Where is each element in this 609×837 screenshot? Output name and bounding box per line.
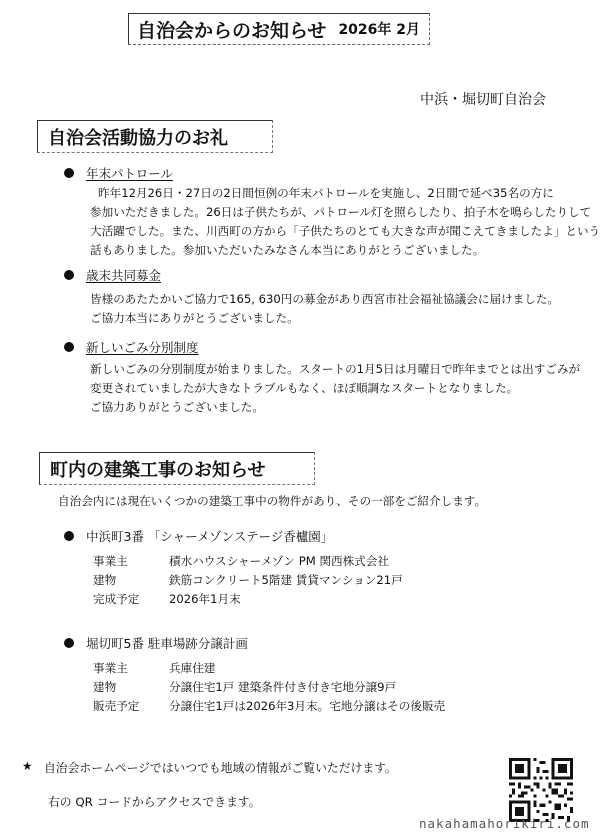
qr-code[interactable] [509, 758, 573, 822]
text-line: ご協力本当にありがとうございました。 [90, 309, 559, 328]
detail-value: 積水ハウスシャーメゾン PM 関西株式会社 [169, 552, 389, 571]
bullet-icon [64, 270, 74, 280]
notice-title: 自治会からのお知らせ [137, 16, 326, 43]
detail-label: 事業主 [93, 552, 169, 571]
detail-row: 事業主 兵庫住建 [93, 659, 445, 678]
text-line: ご協力ありがとうございました。 [90, 398, 580, 417]
text-line: 皆様のあたたかいご協力で165, 630円の募金があり西宮市社会福祉協議会に届け… [90, 290, 559, 309]
project-details-horikiri: 事業主 兵庫住建 建物 分譲住宅1戸 建築条件付き付き宅地分譲9戸 販売予定 分… [93, 659, 445, 716]
homepage-text: 自治会ホームページではいつでも地域の情報がご覧いただけます。 [44, 759, 397, 776]
notice-date: 2026年 2月 [338, 19, 420, 39]
project-title: 堀切町5番 駐車場跡分譲計画 [86, 634, 248, 652]
construction-intro: 自治会内には現在いくつかの建築工事中の物件があり、その一部をご紹介します。 [58, 492, 486, 511]
paragraph-donation: 皆様のあたたかいご協力で165, 630円の募金があり西宮市社会福祉協議会に届け… [90, 290, 559, 328]
detail-value: 鉄筋コンクリート5階建 賃貸マンション21戸 [169, 571, 403, 590]
bullet-icon [64, 531, 74, 541]
detail-row: 販売予定 分譲住宅1戸は2026年3月末。宅地分譲はその後販売 [93, 697, 445, 716]
paragraph-patrol: 昨年12月26日・27日の2日間恒例の年末パトロールを実施し、2日間で延べ35名… [98, 184, 600, 260]
text-line: 変更されていましたが大きなトラブルもなく、ほぼ順調なスタートとなりました。 [90, 379, 580, 398]
detail-label: 建物 [93, 678, 169, 697]
item-title: 年末パトロール [86, 164, 173, 182]
item-title: 歳末共同募金 [86, 266, 161, 284]
qr-access-text: 右の QR コードからアクセスできます。 [48, 793, 260, 810]
bullet-icon [64, 342, 74, 352]
item-heading-donation: 歳末共同募金 [64, 266, 161, 284]
detail-value: 兵庫住建 [169, 659, 215, 678]
project-title: 中浜町3番 「シャーメゾンステージ香櫨園」 [86, 527, 333, 545]
detail-label: 建物 [93, 571, 169, 590]
website-url[interactable]: nakahamahorikiri.com [419, 816, 590, 831]
detail-label: 販売予定 [93, 697, 169, 716]
homepage-notice: ★ 自治会ホームページではいつでも地域の情報がご覧いただけます。 [22, 759, 397, 776]
detail-value: 分譲住宅1戸 建築条件付き付き宅地分譲9戸 [169, 678, 396, 697]
section-heading-construction: 町内の建築工事のお知らせ [39, 452, 315, 485]
text-line: 新しいごみの分別制度が始まりました。スタートの1月5日は月曜日で昨年までとは出す… [90, 360, 580, 379]
item-title: 新しいごみ分別制度 [86, 338, 199, 356]
detail-row: 建物 鉄筋コンクリート5階建 賃貸マンション21戸 [93, 571, 403, 590]
project-heading-nakahama: 中浜町3番 「シャーメゾンステージ香櫨園」 [64, 527, 333, 545]
text-line: 大活躍でした。また、川西町の方から「子供たちのとても大きな声が聞こえてきましたよ… [90, 222, 600, 241]
notice-title-box: 自治会からのお知らせ 2026年 2月 [128, 13, 430, 45]
star-icon: ★ [22, 759, 44, 776]
qr-code-icon [509, 758, 573, 822]
text-line: 参加いただきました。26日は子供たちが、パトロール灯を照らしたり、拍子木を鳴らし… [90, 203, 600, 222]
detail-value: 分譲住宅1戸は2026年3月末。宅地分譲はその後販売 [169, 697, 445, 716]
section-heading-thanks: 自治会活動協力のお礼 [37, 120, 273, 153]
project-heading-horikiri: 堀切町5番 駐車場跡分譲計画 [64, 634, 248, 652]
text-line: 話もありました。参加いただいたみなさん本当にありがとうございました。 [90, 241, 600, 260]
detail-value: 2026年1月末 [169, 590, 241, 609]
item-heading-garbage: 新しいごみ分別制度 [64, 338, 199, 356]
detail-label: 事業主 [93, 659, 169, 678]
bullet-icon [64, 168, 74, 178]
detail-row: 建物 分譲住宅1戸 建築条件付き付き宅地分譲9戸 [93, 678, 445, 697]
detail-label: 完成予定 [93, 590, 169, 609]
detail-row: 完成予定 2026年1月末 [93, 590, 403, 609]
text-line: 昨年12月26日・27日の2日間恒例の年末パトロールを実施し、2日間で延べ35名… [98, 184, 600, 203]
organization-name: 中浜・堀切町自治会 [420, 89, 546, 109]
paragraph-garbage: 新しいごみの分別制度が始まりました。スタートの1月5日は月曜日で昨年までとは出す… [90, 360, 580, 417]
item-heading-patrol: 年末パトロール [64, 164, 173, 182]
project-details-nakahama: 事業主 積水ハウスシャーメゾン PM 関西株式会社 建物 鉄筋コンクリート5階建… [93, 552, 403, 609]
bullet-icon [64, 638, 74, 648]
detail-row: 事業主 積水ハウスシャーメゾン PM 関西株式会社 [93, 552, 403, 571]
